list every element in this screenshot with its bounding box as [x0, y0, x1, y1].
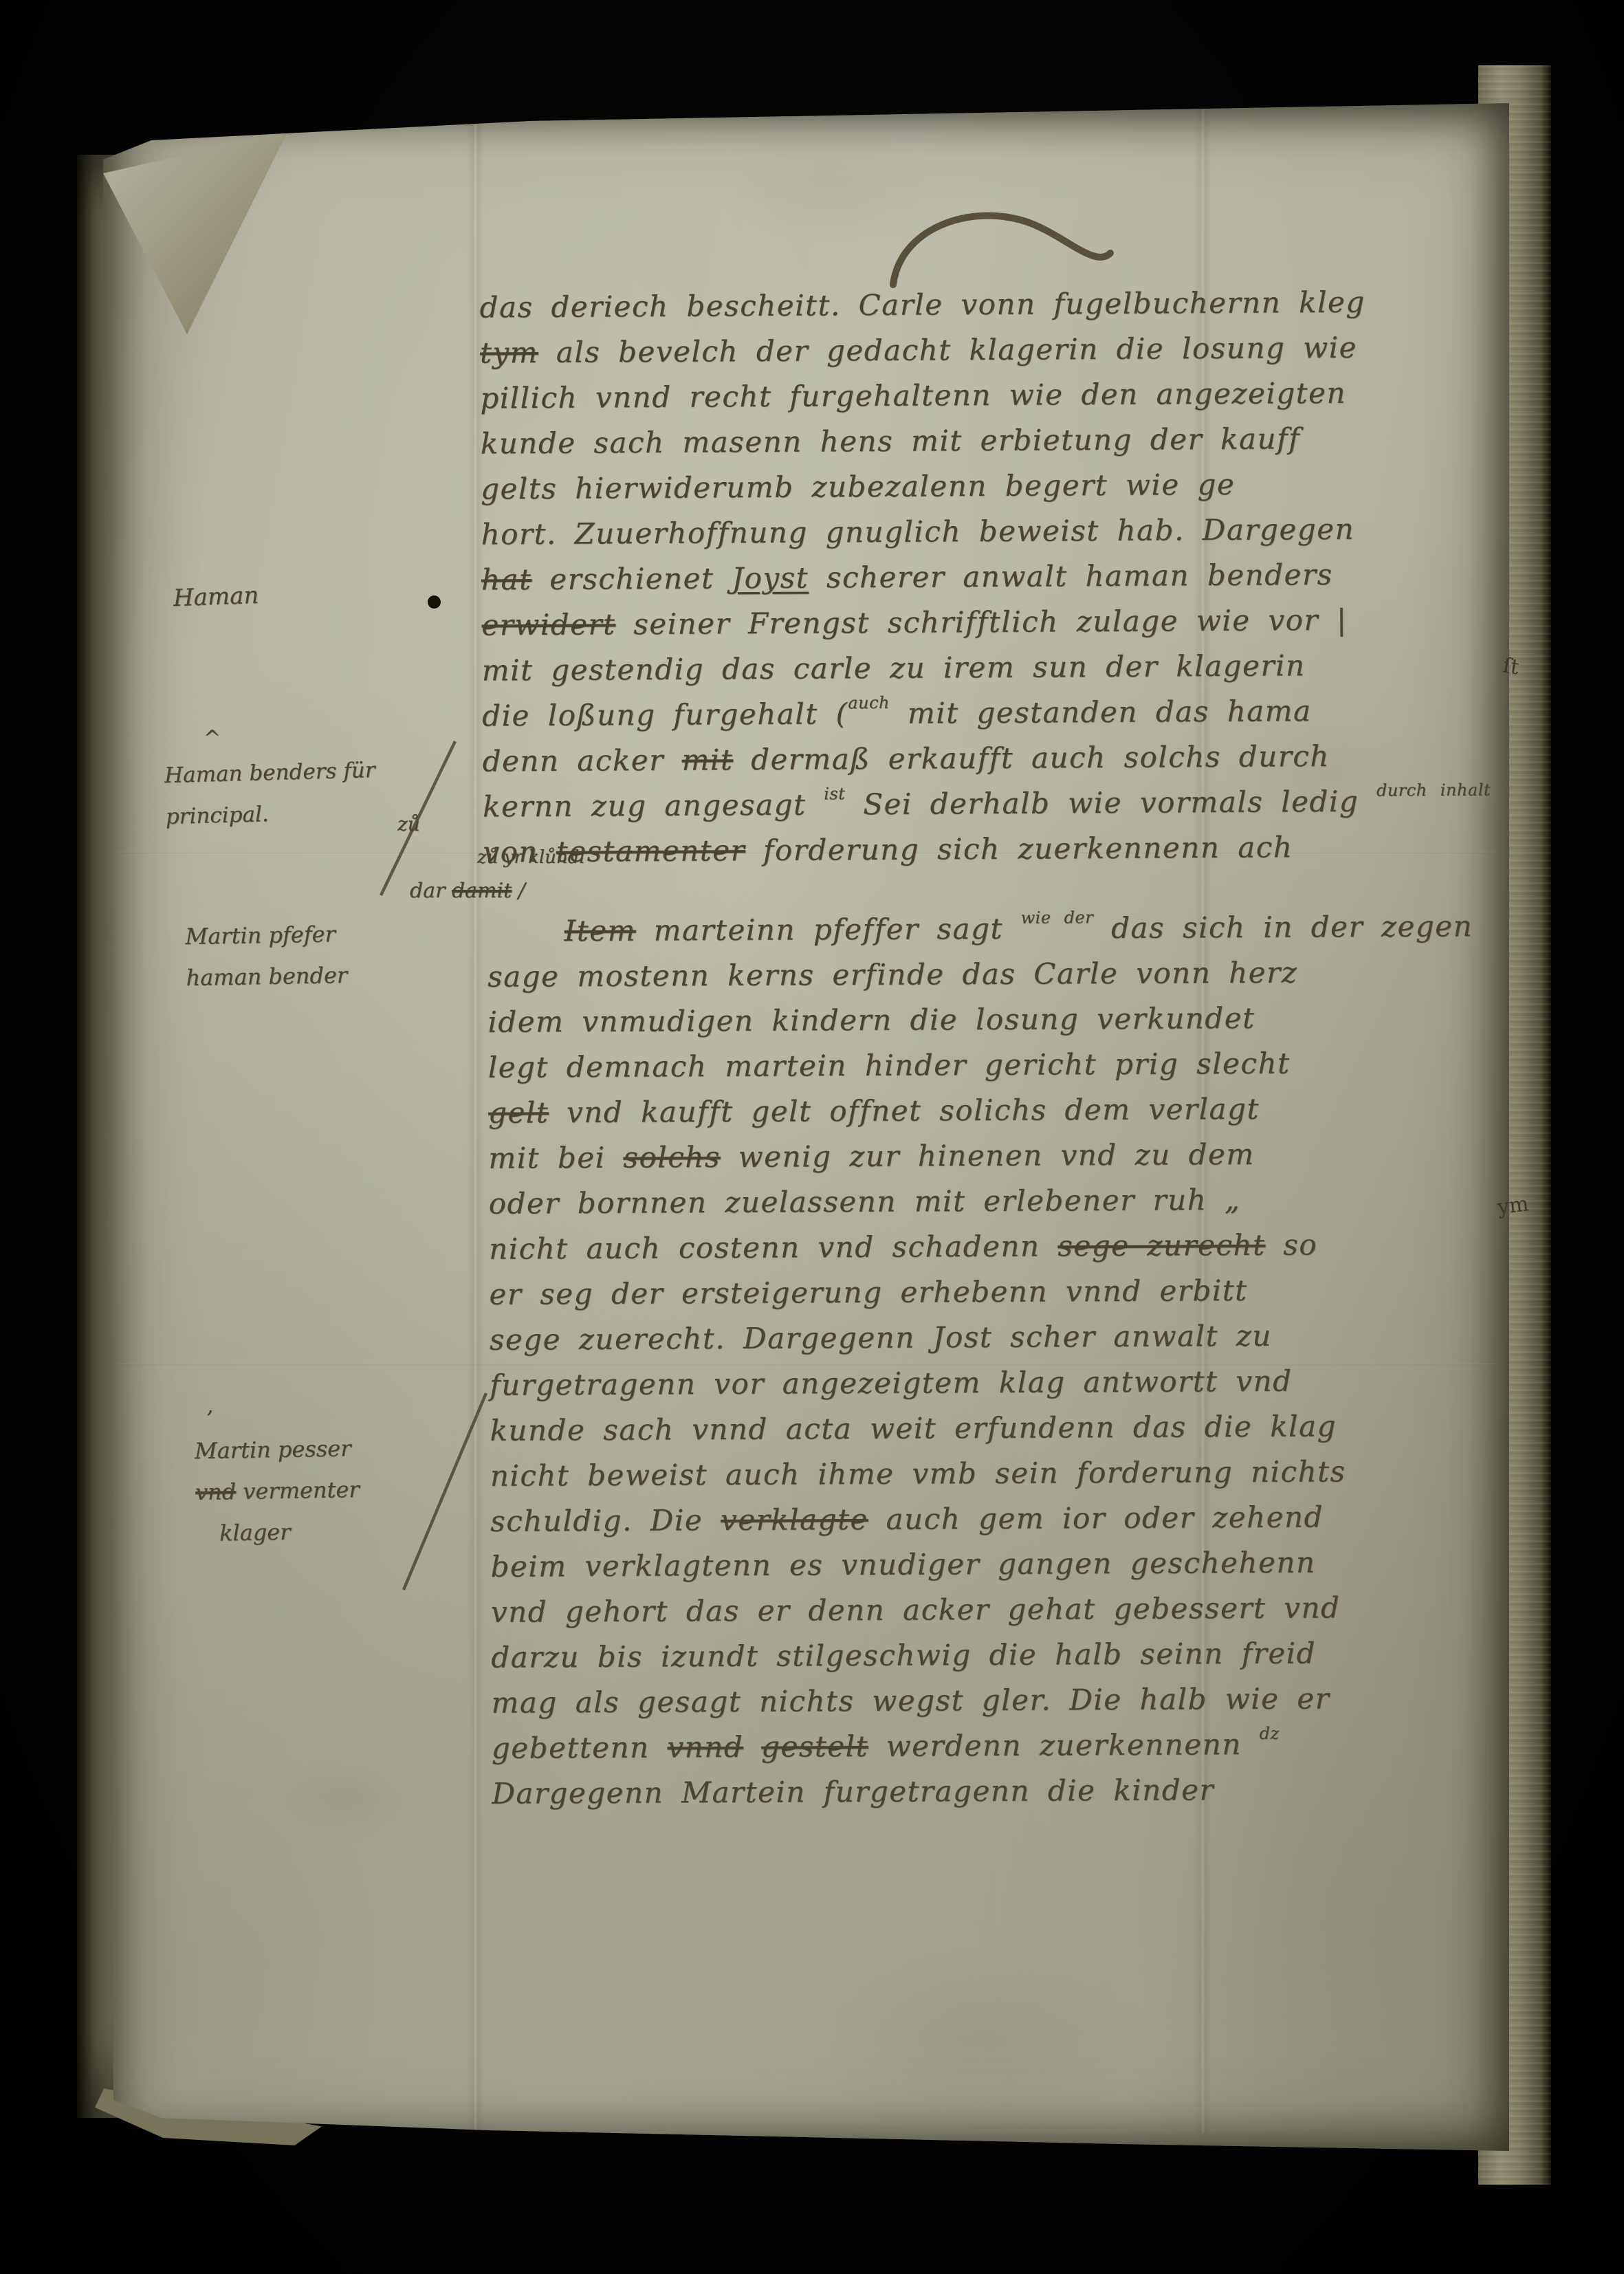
text-line: idem vnmudigen kindern die losung verkun… — [487, 994, 1473, 1045]
text-line: denn acker mit dermaß erkaufft auch solc… — [482, 733, 1490, 785]
paper-stain — [275, 1752, 426, 1841]
paper-stain — [791, 1945, 1162, 2137]
fore-edge-ink-mark: ym — [1496, 1192, 1530, 1219]
interlinear-insertion: dz — [1259, 1711, 1279, 1756]
text-line: Item marteinn pfeffer sagt wie der das s… — [564, 904, 1473, 954]
text-line: mag als gesagt nichts wegst gler. Die ha… — [491, 1675, 1477, 1726]
margin-note-text: klager — [219, 1510, 361, 1554]
struck-word: verklagte — [721, 1502, 868, 1537]
text-line: sege zuerecht. Dargegenn Jost scher anwa… — [490, 1312, 1475, 1363]
text-line: pillich vnnd recht furgehaltenn wie den … — [480, 370, 1488, 422]
margin-note-martin-pesser-klager: Martin pesser vnd vermenter klager — [194, 1428, 360, 1554]
margin-note-martin-pfefer: Martin pfefer haman bender — [185, 913, 348, 998]
margin-note-haman-benders: Haman benders für principal. — [164, 750, 376, 838]
text-line: mit bei solchs wenig zur hinenen vnd zu … — [488, 1130, 1474, 1181]
text-line: das deriech bescheitt. Carle vonn fugelb… — [479, 279, 1487, 331]
struck-word: mit — [681, 743, 733, 776]
struck-word: tym — [480, 336, 538, 370]
interlinear-insertion: durch inhalt — [1376, 767, 1491, 813]
struck-word: testamenter — [556, 833, 746, 868]
text-line: sage mostenn kerns erfinde das Carle von… — [487, 949, 1473, 1000]
marginal-catchword: zů — [397, 813, 420, 835]
text-line: er seg der ersteigerung erhebenn vnnd er… — [489, 1267, 1475, 1318]
text-line: oder bornnen zuelassenn mit erlebener ru… — [489, 1176, 1475, 1227]
struck-word: vnd — [195, 1478, 237, 1505]
underlined-word: Joyst — [732, 561, 809, 595]
text-line: vnd gehort das er denn acker gehat gebes… — [491, 1584, 1477, 1635]
text-line: gelts hierwiderumb zubezalenn begert wie… — [481, 461, 1489, 512]
struck-word: vnnd — [667, 1730, 743, 1764]
text-line: gebettenn vnnd gestelt werdenn zuerkenne… — [492, 1720, 1478, 1771]
text-line: beim verklagtenn es vnudiger gangen gesc… — [490, 1539, 1476, 1590]
margin-note-text: principal. — [165, 791, 377, 838]
ink-anchor-dot — [428, 595, 441, 609]
text-line: legt demnach martein hinder gericht prig… — [488, 1040, 1474, 1091]
text-line: Dargegenn Martein furgetragenn die kinde… — [492, 1766, 1478, 1817]
struck-word: Item — [564, 914, 636, 948]
margin-note-text: Haman benders für — [164, 750, 375, 796]
text-line: kunde sach vnnd acta weit erfundenn das … — [490, 1403, 1475, 1454]
interlinear-insertion: ist — [824, 771, 846, 816]
margin-note-text: Martin pfefer — [185, 913, 347, 957]
struck-word: hat — [481, 562, 532, 596]
text-line: hat erschienet Joyst scherer anwalt hama… — [481, 551, 1489, 603]
text-line: schuldig. Die verklagte auch gem ior ode… — [490, 1494, 1476, 1544]
text-line: hort. Zuuerhoffnung gnuglich beweist hab… — [481, 506, 1489, 558]
text-line: gelt vnd kaufft gelt offnet solichs dem … — [488, 1085, 1474, 1136]
interlinear-insertion: wie der — [1020, 895, 1093, 941]
text-line: nicht beweist auch ihme vmb sein forderu… — [490, 1448, 1476, 1499]
interlinear-heading-insertion: dar damit / — [410, 879, 525, 903]
struck-word: erwidert — [481, 607, 615, 642]
margin-note-text: Martin pesser — [194, 1428, 359, 1472]
text-line: kunde sach masenn hens mit erbietung der… — [481, 415, 1489, 467]
text-line: darzu bis izundt stilgeschwig die halb s… — [491, 1630, 1477, 1681]
margin-note-text: Haman — [173, 575, 259, 619]
text-line: furgetragenn vor angezeigtem klag antwor… — [490, 1357, 1475, 1408]
struck-word: solchs — [623, 1140, 721, 1174]
margin-note-haman: Haman — [173, 575, 259, 619]
margin-note-text: vnd vermenter — [195, 1469, 360, 1513]
text-line: kernn zug angesagt ist Sei derhalb wie v… — [483, 778, 1491, 830]
photo-backdrop: Haman ^ Haman benders für principal. Mar… — [0, 0, 1624, 2274]
struck-word: damit — [452, 879, 512, 903]
struck-word: gestelt — [761, 1729, 868, 1764]
main-text-paragraph-2: Item marteinn pfeffer sagt wie der das s… — [487, 904, 1478, 1816]
struck-word: gelt — [488, 1095, 549, 1129]
margin-note-text: haman bender — [186, 954, 348, 998]
text-line: die loßung furgehalt (auch mit gestanden… — [482, 688, 1490, 739]
text-line: von testamenter forderung sich zuerkenne… — [483, 824, 1491, 875]
struck-word: sege zurecht — [1057, 1228, 1265, 1263]
text-line: nicht auch costenn vnd schadenn sege zur… — [489, 1221, 1475, 1272]
main-text-paragraph-1: das deriech bescheitt. Carle vonn fugelb… — [479, 279, 1491, 875]
pen-slash-stroke — [395, 1389, 492, 1595]
interlinear-insertion: auch — [848, 680, 890, 725]
text-line: tym als bevelch der gedacht klagerin die… — [480, 325, 1488, 376]
text-line: mit gestendig das carle zu irem sun der … — [482, 642, 1490, 694]
text-line: erwidert seiner Frengst schrifftlich zul… — [481, 597, 1489, 648]
